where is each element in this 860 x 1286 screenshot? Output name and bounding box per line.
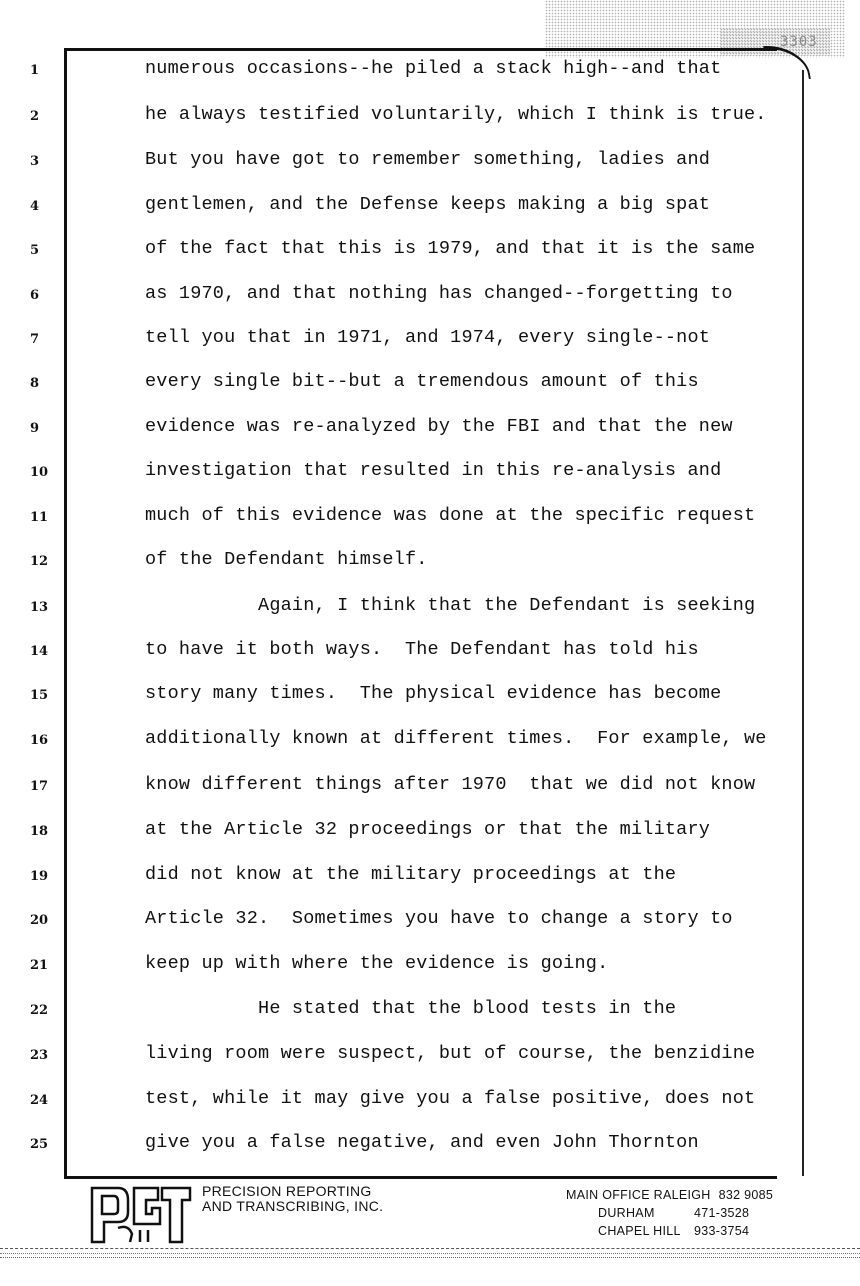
transcript-line: much of this evidence was done at the sp… — [145, 505, 755, 526]
transcript-line: at the Article 32 proceedings or that th… — [145, 819, 710, 840]
line-number: 22 — [30, 1003, 58, 1018]
transcript-line: story many times. The physical evidence … — [145, 683, 721, 704]
transcript-line: to have it both ways. The Defendant has … — [145, 639, 699, 660]
transcript-line: of the Defendant himself. — [145, 549, 428, 570]
company-name: PRECISION REPORTING AND TRANSCRIBING, IN… — [202, 1184, 383, 1214]
transcript-line: know different things after 1970 that we… — [145, 774, 755, 795]
company-logo — [88, 1184, 194, 1246]
line-number: 6 — [30, 288, 58, 303]
line-number: 21 — [30, 958, 58, 973]
transcript-line: Again, I think that the Defendant is see… — [145, 595, 755, 616]
line-number: 14 — [30, 644, 58, 659]
transcript-line: evidence was re-analyzed by the FBI and … — [145, 416, 733, 437]
office-durham: DURHAM 471-3528 — [598, 1204, 773, 1222]
line-number: 5 — [30, 243, 58, 258]
company-name-line1: PRECISION REPORTING — [202, 1184, 383, 1199]
transcript-line: test, while it may give you a false posi… — [145, 1088, 755, 1109]
line-number: 10 — [30, 465, 58, 480]
line-number: 20 — [30, 913, 58, 928]
line-number: 23 — [30, 1048, 58, 1063]
transcript-line: tell you that in 1971, and 1974, every s… — [145, 327, 710, 348]
line-number: 17 — [30, 779, 58, 794]
line-number: 8 — [30, 376, 58, 391]
office-phone-list: MAIN OFFICE RALEIGH 832 9085 DURHAM 471-… — [566, 1186, 773, 1240]
line-number: 18 — [30, 824, 58, 839]
line-number: 12 — [30, 554, 58, 569]
transcript-line: keep up with where the evidence is going… — [145, 953, 608, 974]
page-stamp: 3303 — [780, 34, 818, 50]
transcript-line: Article 32. Sometimes you have to change… — [145, 908, 733, 929]
line-number: 15 — [30, 688, 58, 703]
transcript-line: gentlemen, and the Defense keeps making … — [145, 194, 710, 215]
office-main: MAIN OFFICE RALEIGH 832 9085 — [566, 1186, 773, 1204]
line-number: 25 — [30, 1137, 58, 1152]
line-number: 7 — [30, 332, 58, 347]
line-number: 4 — [30, 199, 58, 214]
transcript-line: But you have got to remember something, … — [145, 149, 710, 170]
company-name-line2: AND TRANSCRIBING, INC. — [202, 1199, 383, 1214]
line-number: 2 — [30, 109, 58, 124]
transcript-line: every single bit--but a tremendous amoun… — [145, 371, 699, 392]
line-number: 13 — [30, 600, 58, 615]
transcript-line: did not know at the military proceedings… — [145, 864, 676, 885]
line-number: 24 — [30, 1093, 58, 1108]
transcript-line: of the fact that this is 1979, and that … — [145, 238, 755, 259]
line-number: 19 — [30, 869, 58, 884]
transcript-line: as 1970, and that nothing has changed--f… — [145, 283, 733, 304]
line-number: 9 — [30, 421, 58, 436]
footer-rule — [0, 1257, 860, 1259]
transcript-line: give you a false negative, and even John… — [145, 1132, 699, 1153]
line-number: 11 — [30, 510, 58, 525]
line-number: 16 — [30, 733, 58, 748]
office-chapel-hill: CHAPEL HILL 933-3754 — [598, 1222, 773, 1240]
footer-rule — [0, 1248, 860, 1254]
frame-right-edge — [802, 70, 804, 1176]
transcript-line: living room were suspect, but of course,… — [145, 1043, 755, 1064]
line-number: 1 — [30, 63, 58, 78]
transcript-line: additionally known at different times. F… — [145, 728, 767, 749]
transcript-line: numerous occasions--he piled a stack hig… — [145, 58, 721, 79]
transcript-line: he always testified voluntarily, which I… — [145, 104, 767, 125]
transcript-line: investigation that resulted in this re-a… — [145, 460, 721, 481]
line-number: 3 — [30, 154, 58, 169]
transcript-line: He stated that the blood tests in the — [145, 998, 676, 1019]
